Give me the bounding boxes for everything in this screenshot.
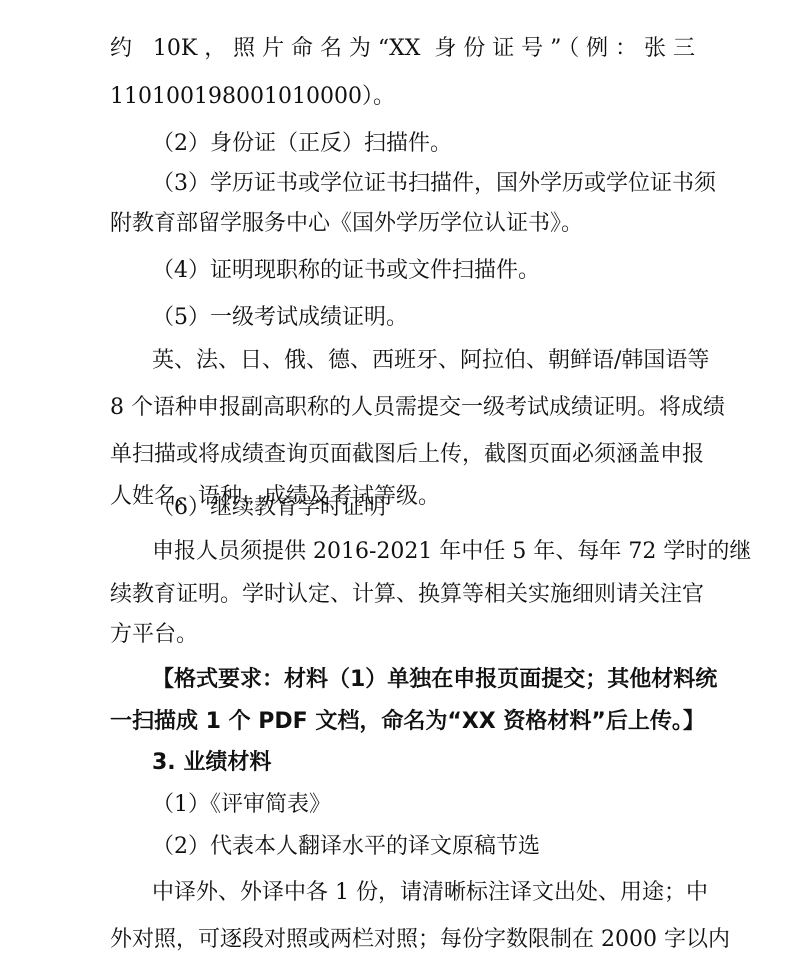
paragraph-line: 英、法、日、俄、德、西班牙、阿拉伯、朝鲜语/韩国语等 [152, 346, 695, 376]
list-item-6: （6）继续教育学时证明 [152, 493, 737, 523]
paragraph-line: 单扫描或将成绩查询页面截图后上传，截图页面必须涵盖申报 [110, 440, 695, 470]
paragraph-line: 附教育部留学服务中心《国外学历学位认证书》。 [110, 209, 695, 239]
paragraph-line: 外对照，可逐段对照或两栏对照；每份字数限制在 2000 字以内 [110, 925, 695, 955]
list-item-3: （3）学历证书或学位证书扫描件，国外学历或学位证书须 [152, 169, 695, 199]
list-item-4: （4）证明现职称的证书或文件扫描件。 [152, 256, 737, 286]
format-requirement: 【格式要求：材料（1）单独在申报页面提交；其他材料统 [152, 665, 695, 695]
format-requirement: 一扫描成 1 个 PDF 文档，命名为“XX 资格材料”后上传。】 [110, 707, 695, 737]
paragraph-line: 方平台。 [110, 620, 695, 650]
paragraph-line: 约 10K，照片命名为“XX 身份证号”（例：张三 [110, 34, 695, 64]
paragraph-line: 申报人员须提供 2016-2021 年中任 5 年、每年 72 学时的继 [152, 537, 695, 567]
list-item-5: （5）一级考试成绩证明。 [152, 303, 737, 333]
section-heading: 3. 业绩材料 [152, 748, 737, 778]
list-item-1: （1）《评审简表》 [152, 790, 737, 820]
paragraph-line: 续教育证明。学时认定、计算、换算等相关实施细则请关注官 [110, 580, 695, 610]
list-item-2: （2）身份证（正反）扫描件。 [152, 129, 737, 159]
paragraph-line: 中译外、外译中各 1 份，请清晰标注译文出处、用途；中 [152, 878, 695, 908]
list-item-2: （2）代表本人翻译水平的译文原稿节选 [152, 832, 737, 862]
paragraph-line: 110100198001010000）。 [110, 82, 695, 112]
paragraph-line: 8 个语种申报副高职称的人员需提交一级考试成绩证明。将成绩 [110, 393, 695, 423]
